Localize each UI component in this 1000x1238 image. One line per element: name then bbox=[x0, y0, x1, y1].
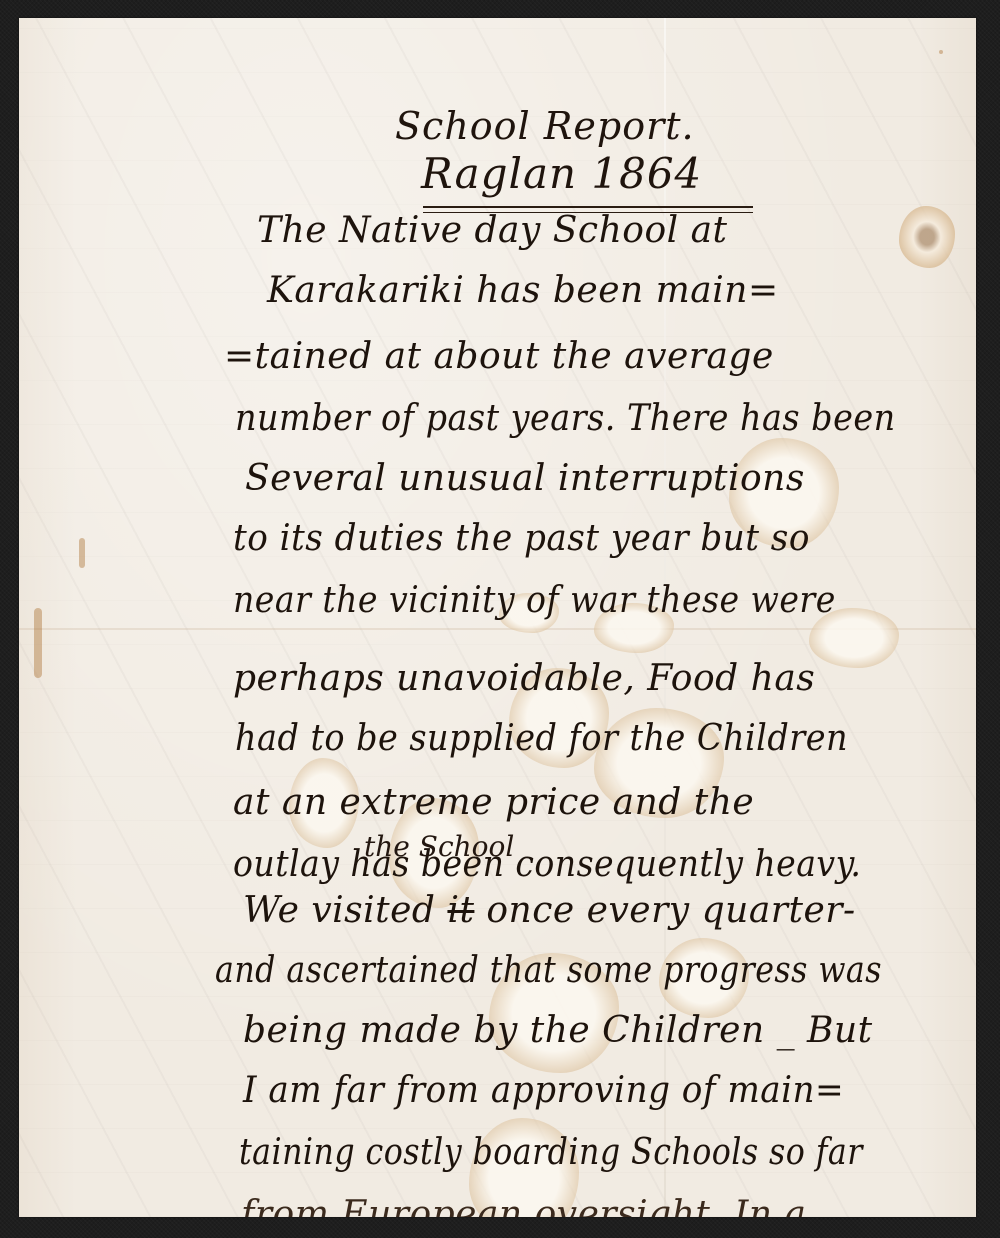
text-line-6: to its duties the past year but so bbox=[233, 518, 810, 559]
text-line-5: Several unusual interruptions bbox=[245, 458, 805, 499]
text-line-17: from European oversight. In a bbox=[241, 1194, 807, 1217]
text-line-4: number of past years. There has been bbox=[235, 398, 896, 439]
text-line-10: at an extreme price and the bbox=[233, 782, 754, 823]
text-line-13: and ascertained that some progress was bbox=[215, 950, 882, 991]
text-line-9: had to be supplied for the Children bbox=[235, 718, 848, 759]
line-12-prefix: We visited bbox=[243, 890, 435, 931]
text-line-14: being made by the Children _ But bbox=[243, 1010, 873, 1051]
text-line-12: We visited it once every quarter- bbox=[243, 890, 856, 931]
text-line-16: taining costly boarding Schools so far bbox=[239, 1132, 863, 1173]
text-line-11: outlay has been consequently heavy. bbox=[233, 844, 861, 885]
text-line-2: Karakariki has been main= bbox=[267, 270, 779, 311]
text-line-7: near the vicinity of war these were bbox=[233, 580, 836, 621]
text-line-1: The Native day School at bbox=[257, 210, 728, 251]
manuscript-page: School Report. Raglan 1864 The Native da… bbox=[19, 18, 976, 1217]
text-line-3: =tained at about the average bbox=[224, 336, 774, 377]
handwritten-body: The Native day School at Karakariki has … bbox=[19, 18, 976, 1217]
line-12-rest: once every quarter- bbox=[486, 890, 855, 931]
insertion-above-line: the School bbox=[364, 830, 514, 863]
text-line-15: I am far from approving of main= bbox=[243, 1070, 844, 1111]
struck-word: it bbox=[447, 890, 474, 931]
text-line-8: perhaps unavoidable, Food has bbox=[233, 658, 815, 699]
